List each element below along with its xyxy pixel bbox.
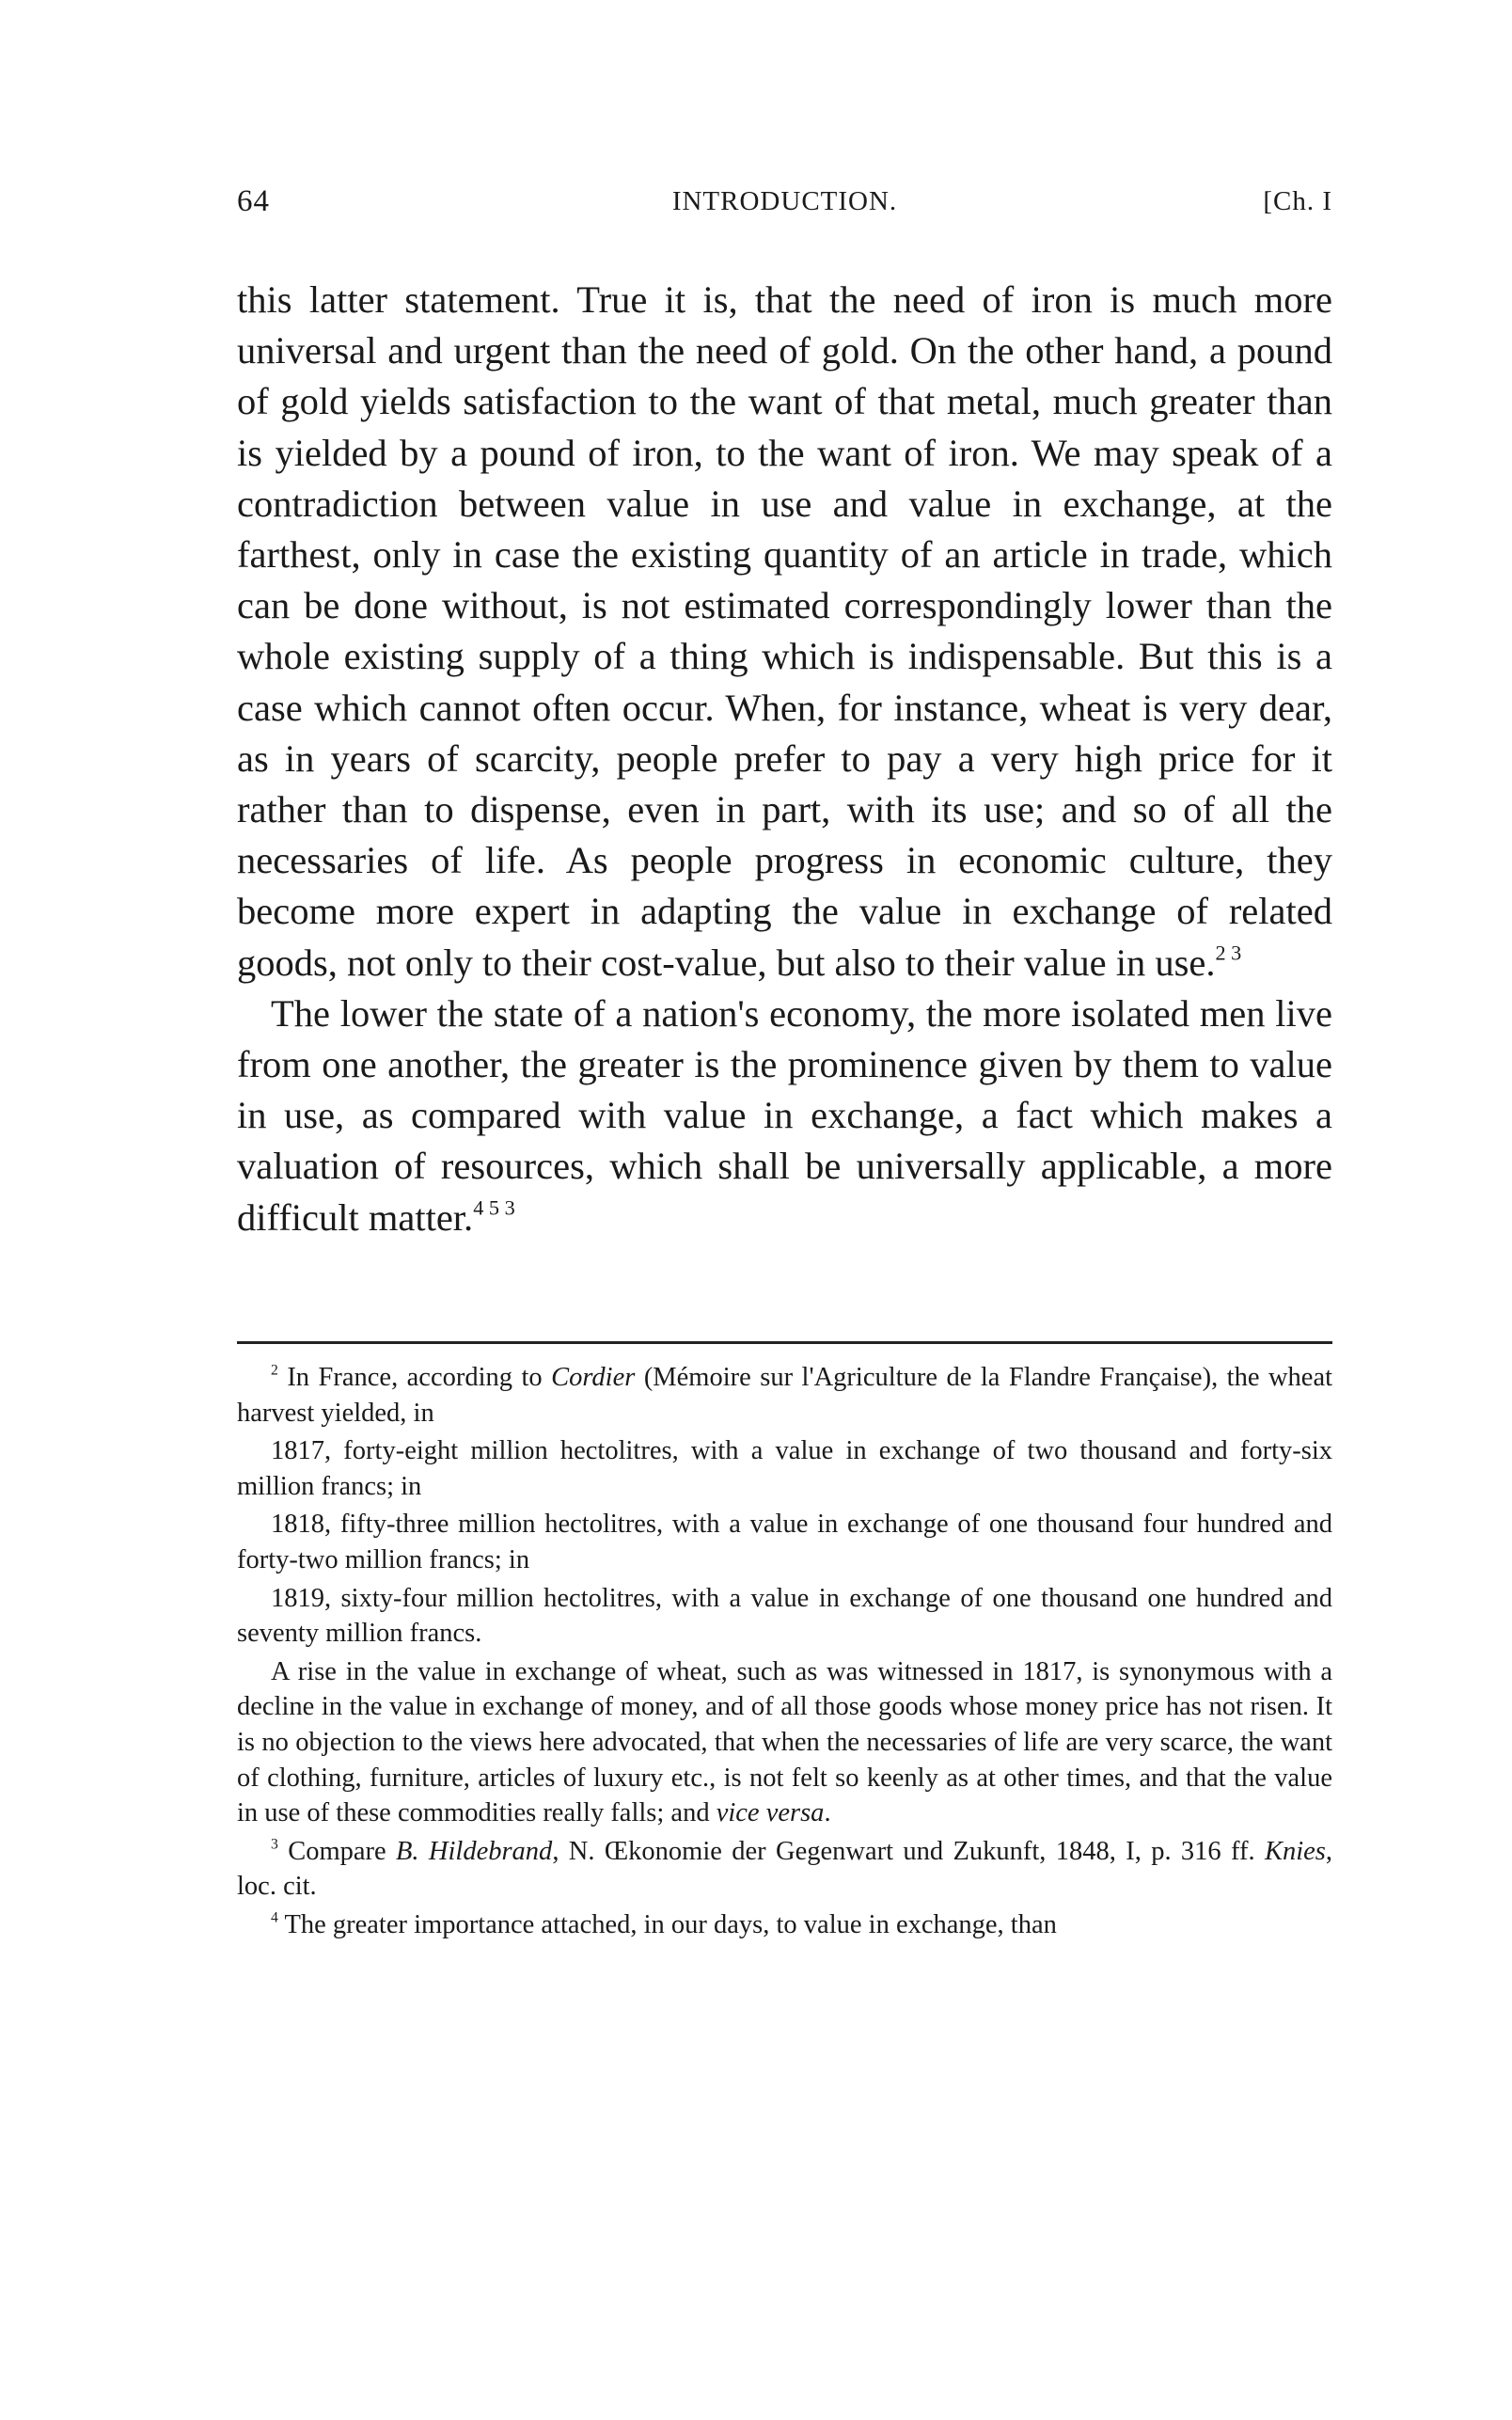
- footnote-text: , N. Œkonomie der Gegenwart und Zukunft,…: [552, 1837, 1265, 1866]
- footnote-text: The greater importance attached, in our …: [284, 1910, 1056, 1939]
- footnote-text: .: [824, 1798, 830, 1827]
- footnotes: 2 In France, according to Cordier (Mémoi…: [237, 1360, 1332, 1943]
- footnote: 3 Compare B. Hildebrand, N. Œkonomie der…: [237, 1834, 1332, 1905]
- footnote-text: In France, according to: [287, 1363, 551, 1392]
- paragraph-2: The lower the state of a nation's econom…: [237, 989, 1332, 1243]
- footnote-italic-text: vice versa: [717, 1798, 825, 1827]
- footnote-marker: 4: [271, 1909, 278, 1925]
- footnote-text: 1819, sixty-four million hectolitres, wi…: [237, 1584, 1332, 1649]
- footnote-ref: 4 5 3: [473, 1195, 515, 1219]
- paragraph-1: this latter statement. True it is, that …: [237, 275, 1332, 989]
- footnote: 1818, fifty-three million hectolitres, w…: [237, 1507, 1332, 1577]
- footnote-text: Compare: [288, 1837, 396, 1866]
- footnote: 4 The greater importance attached, in ou…: [237, 1907, 1332, 1943]
- paragraph-1-text: this latter statement. True it is, that …: [237, 278, 1332, 984]
- main-text: this latter statement. True it is, that …: [237, 275, 1332, 1243]
- footnote: A rise in the value in exchange of wheat…: [237, 1654, 1332, 1831]
- footnote: 1819, sixty-four million hectolitres, wi…: [237, 1581, 1332, 1652]
- footnote: 1817, forty-eight million hectolitres, w…: [237, 1433, 1332, 1504]
- chapter-marker: [Ch. I: [1263, 186, 1332, 217]
- footnote-marker: 3: [271, 1836, 278, 1852]
- footnote-text: 1817, forty-eight million hectolitres, w…: [237, 1436, 1332, 1501]
- running-title: INTRODUCTION.: [237, 186, 1332, 217]
- footnote-italic-text: Cordier: [551, 1363, 635, 1392]
- running-head: 64 INTRODUCTION. [Ch. I: [237, 184, 1332, 231]
- footnote-text: 1818, fifty-three million hectolitres, w…: [237, 1510, 1332, 1574]
- footnote-marker: 2: [271, 1362, 278, 1378]
- paragraph-2-text: The lower the state of a nation's econom…: [237, 992, 1332, 1239]
- footnote-italic-text: Knies: [1265, 1837, 1326, 1866]
- footnote: 2 In France, according to Cordier (Mémoi…: [237, 1360, 1332, 1431]
- footnote-ref: 2 3: [1215, 941, 1241, 964]
- footnote-italic-text: B. Hildebrand: [396, 1837, 552, 1866]
- footnote-divider: [237, 1341, 1332, 1344]
